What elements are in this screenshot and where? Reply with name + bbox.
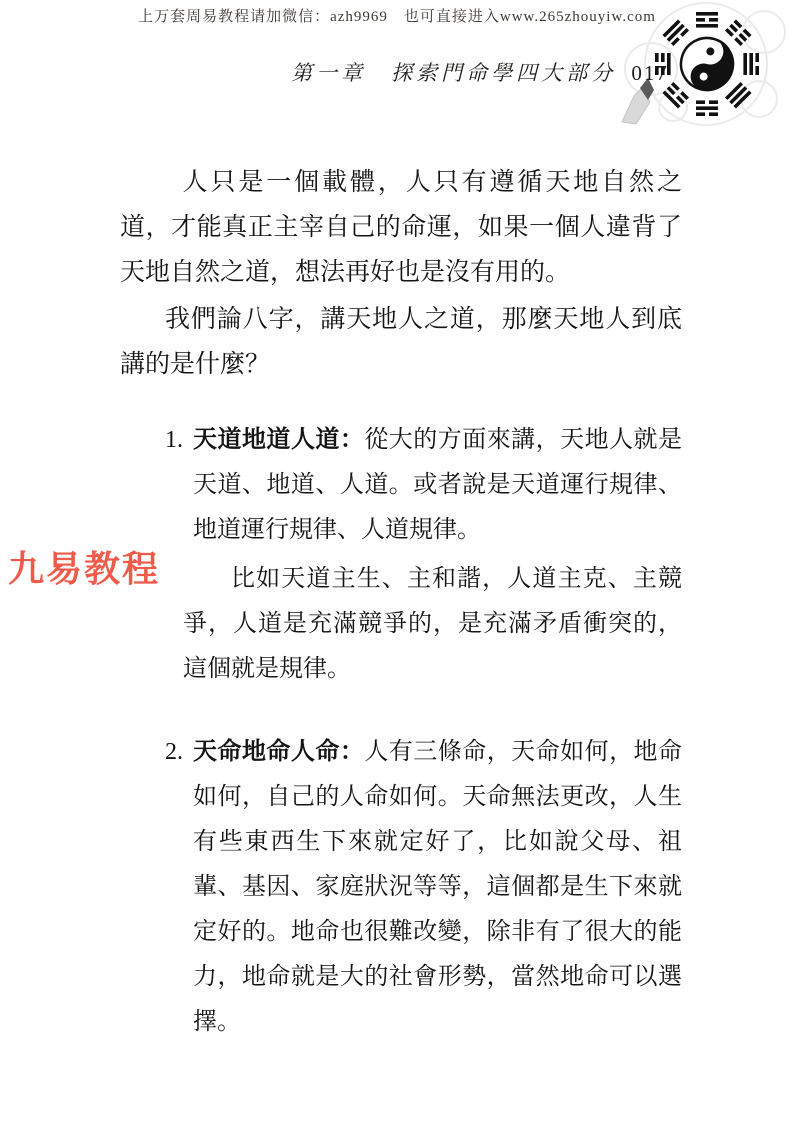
list-lead: 天道地道人道：	[193, 427, 364, 453]
book-page: 上万套周易教程请加微信：azh9969 也可直接进入www.265zhouyiw…	[0, 0, 794, 1123]
paragraph: 我們論八字，講天地人之道，那麼天地人到底講的是什麼？	[120, 297, 682, 387]
list-item: 1. 天道地道人道：從大的方面來講，天地人就是天道、地道、人道。或者說是天道運行…	[120, 418, 682, 553]
list-text: 人有三條命，天命如何，地命如何，自己的人命如何。天命無法更改，人生有些東西生下來…	[193, 739, 682, 1035]
sub-paragraph: 比如天道主生、主和諧，人道主克、主競爭，人道是充滿競爭的，是充滿矛盾衝突的，這個…	[183, 557, 682, 692]
chapter-header: 第一章 探索門命學四大部分 017	[280, 57, 680, 87]
list-lead: 天命地命人命：	[193, 739, 364, 765]
list-item: 2. 天命地命人命：人有三條命，天命如何，地命如何，自己的人命如何。天命無法更改…	[120, 730, 682, 1045]
page-number: 017	[631, 61, 669, 85]
chapter-title: 第一章 探索門命學四大部分	[291, 61, 616, 85]
list-number: 2.	[165, 730, 183, 775]
list-number: 1.	[165, 418, 183, 463]
body-text: 人只是一個載體，人只有遵循天地自然之道，才能真正主宰自己的命運，如果一個人違背了…	[120, 160, 682, 1045]
paragraph: 人只是一個載體，人只有遵循天地自然之道，才能真正主宰自己的命運，如果一個人違背了…	[120, 160, 682, 295]
